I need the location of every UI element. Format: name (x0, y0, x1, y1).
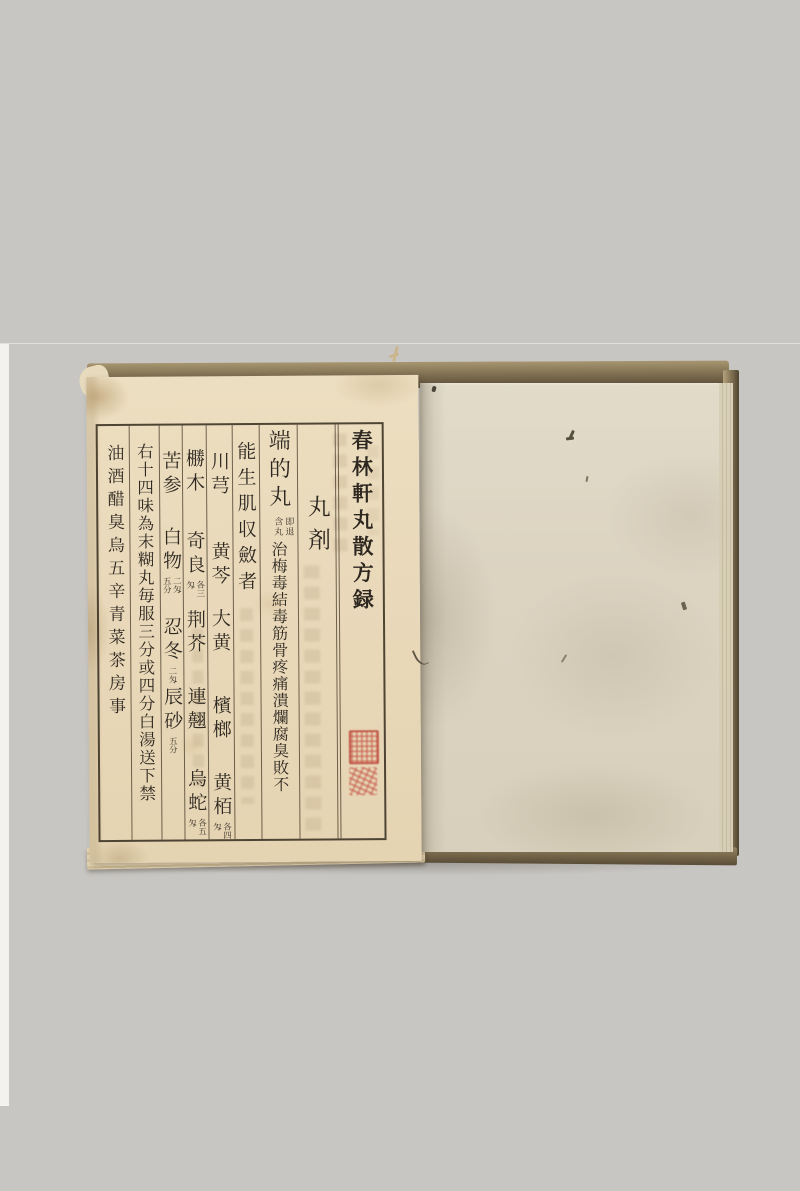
ingredient-name: 檳榔 (210, 695, 232, 743)
binding-thread (391, 346, 401, 368)
column-instructions: 右十四味為末糊丸毎服三分或四分白湯送下禁 (129, 426, 163, 840)
ingredient-dose-note: 二匁 五分 (161, 577, 181, 594)
indication-continued-text: 能生肌収斂者 (232, 425, 259, 597)
ingredient-name: 黄栢 (210, 772, 232, 820)
ingredient: 黄芩 (206, 541, 232, 591)
book-spread: 油酒醋臭烏五辛青菜茶房事 右十四味為末糊丸毎服三分或四分白湯送下禁 苦参 白物 … (85, 352, 740, 872)
ingredient: 黄栢 各四 匁 (208, 772, 234, 839)
ingredient-dose-note: 五分 (167, 737, 177, 754)
column-ingredients-1: 川芎 黄芩 大黄 檳榔 (206, 425, 236, 839)
gutter-shadow (420, 383, 446, 852)
instructions-text: 右十四味為末糊丸毎服三分或四分白湯送下禁 (129, 426, 161, 803)
ingredient: 荆芥 (183, 609, 207, 659)
ingredient-name: 苦参 (159, 451, 181, 499)
column-section-header: 丸剤 (297, 424, 339, 838)
scan-seam-line (0, 343, 800, 344)
scratch-mark (561, 654, 567, 663)
column-indication-continued: 能生肌収斂者 (232, 425, 263, 839)
ingredient: 奇良 各三 匁 (182, 530, 206, 597)
book-title: 春林軒丸散方録 (341, 424, 382, 615)
ingredient: 連翹 (183, 686, 207, 736)
scanner-margin-strip (0, 344, 9, 1106)
ingredient: 檳榔 (208, 695, 234, 745)
right-page-blank (420, 383, 733, 852)
left-page-printed: 油酒醋臭烏五辛青菜茶房事 右十四味為末糊丸毎服三分或四分白湯送下禁 苦参 白物 … (86, 375, 421, 863)
ingredient-name: 大黄 (209, 608, 231, 656)
ingredient: 橳木 (182, 448, 206, 498)
recipe-name: 端的丸 (265, 429, 291, 513)
ingredient-dose-note: 二匁 (167, 667, 177, 684)
ingredient-name: 辰砂 (161, 686, 183, 734)
ingredient-name: 橳木 (183, 448, 205, 496)
ingredient: 烏蛇 各五 匁 (184, 768, 208, 835)
indication-text: 治梅毒結毒筋骨疼痛潰爛腐臭敗不 (269, 541, 290, 793)
ingredient-name: 荆芥 (184, 609, 206, 657)
recipe-alias-note: 即退 含丸 (271, 517, 293, 537)
ingredient-dose-note: 各三 匁 (185, 580, 205, 597)
ingredient-name: 白物 (160, 527, 182, 575)
ingredient: 辰砂 五分 (160, 686, 183, 753)
seal-upper (348, 730, 378, 764)
ingredient-name: 烏蛇 (185, 768, 207, 816)
scratch-mark (585, 476, 588, 482)
ingredient: 大黄 (207, 608, 233, 658)
ingredient-name: 奇良 (183, 530, 205, 578)
ingredient: 苦参 (159, 450, 182, 500)
right-page-edge-stack (719, 383, 733, 852)
column-recipe-entry: 端的丸即退 含丸治梅毒結毒筋骨疼痛潰爛腐臭敗不 (259, 425, 301, 839)
red-collection-seal (348, 730, 378, 795)
ingredient-dose-note: 各四 匁 (211, 822, 231, 839)
ink-speck (681, 602, 687, 611)
ink-speck (566, 436, 574, 440)
printed-border-frame: 油酒醋臭烏五辛青菜茶房事 右十四味為末糊丸毎服三分或四分白湯送下禁 苦参 白物 … (96, 422, 387, 842)
ingredient: 忍冬 二匁 (160, 616, 183, 683)
ingredient-dose-note: 各五 匁 (186, 818, 206, 835)
column-book-title: 春林軒丸散方録 (341, 424, 385, 838)
ingredient: 川芎 (206, 451, 232, 501)
ingredient-name: 黄芩 (208, 541, 230, 589)
ingredient-name: 連翹 (184, 686, 206, 734)
ingredient-name: 忍冬 (160, 616, 182, 664)
ingredient-name: 川芎 (208, 451, 230, 499)
scanned-page-background: 油酒醋臭烏五辛青菜茶房事 右十四味為末糊丸毎服三分或四分白湯送下禁 苦参 白物 … (0, 0, 800, 1191)
dietary-restrictions-text: 油酒醋臭烏五辛青菜茶房事 (98, 426, 130, 720)
column-dietary-restrictions: 油酒醋臭烏五辛青菜茶房事 (98, 426, 133, 840)
ingredient: 白物 二匁 五分 (159, 526, 182, 593)
seal-lower (349, 767, 377, 795)
section-header-text: 丸剤 (297, 424, 335, 560)
